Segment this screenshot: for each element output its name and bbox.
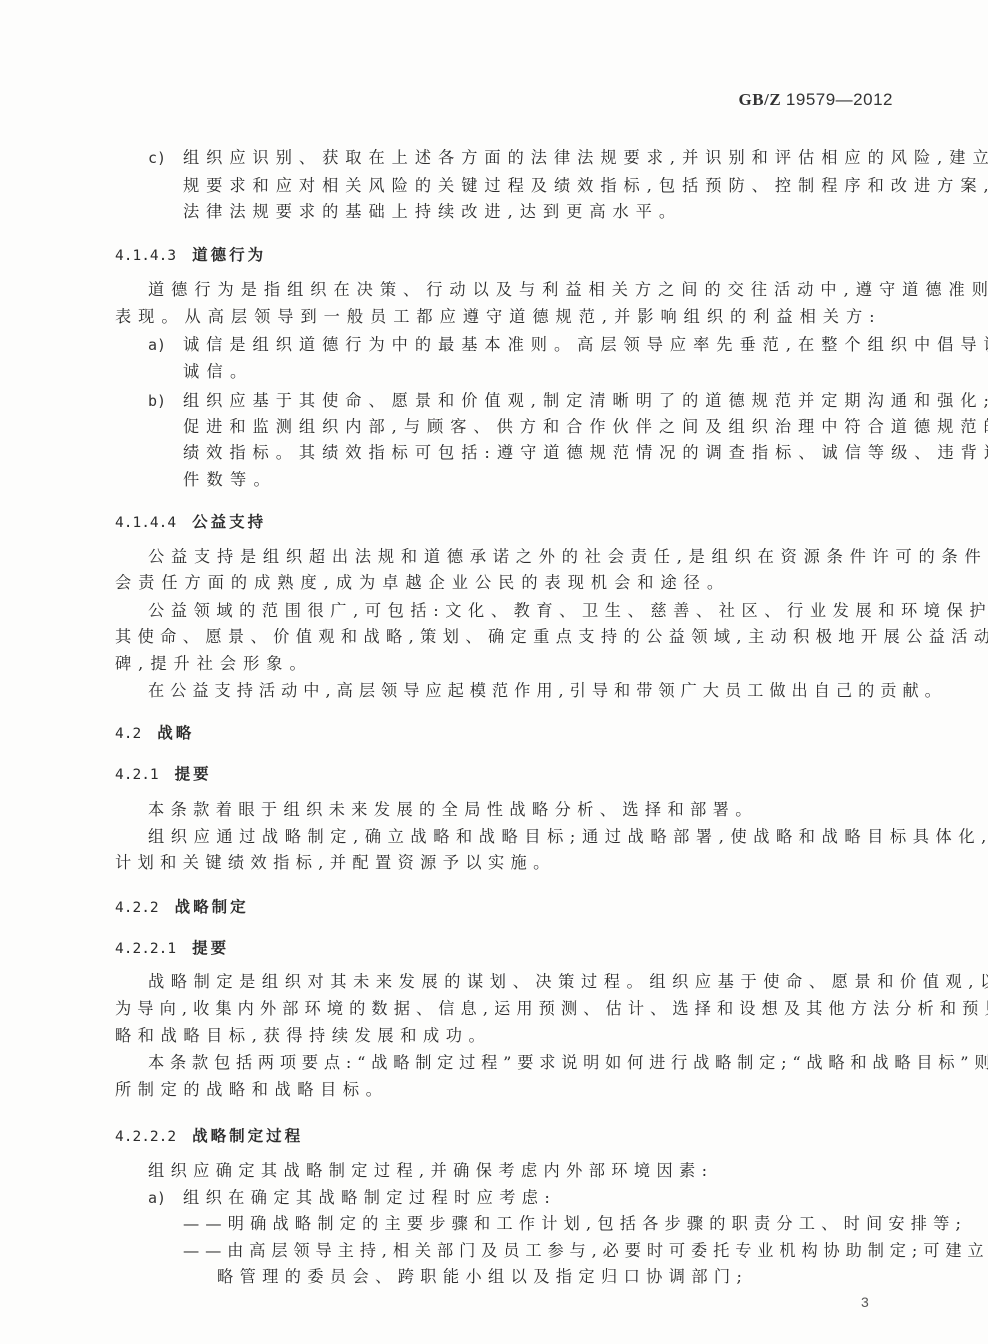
text-line: 道德行为是指组织在决策、行动以及与利益相关方之间的交往活动中,遵守道德准则和职业…	[148, 280, 988, 300]
list-marker-b: b)	[148, 391, 166, 411]
section-number: 4.2.2.1	[115, 941, 176, 957]
list-marker-c: c)	[148, 148, 166, 168]
text-line: 碑,提升社会形象。	[115, 654, 313, 674]
section-heading-4-2-2-1: 4.2.2.1提要	[115, 938, 229, 959]
text-line: 本条款包括两项要点:“战略制定过程”要求说明如何进行战略制定;“战略和战略目标”…	[148, 1053, 988, 1073]
section-heading-4-1-4-3: 4.1.4.3道德行为	[115, 245, 266, 266]
list-marker-a: a)	[148, 335, 166, 355]
text-line: 组织应确定其战略制定过程,并确保考虑内外部环境因素:	[148, 1161, 714, 1181]
text-line: 组织在确定其战略制定过程时应考虑:	[183, 1188, 556, 1208]
text-line: 表现。从高层领导到一般员工都应遵守道德规范,并影响组织的利益相关方:	[115, 307, 882, 327]
text-line: 其使命、愿景、价值观和战略,策划、确定重点支持的公益领域,主动积极地开展公益活动…	[115, 627, 988, 647]
section-heading-4-2: 4.2战略	[115, 723, 194, 744]
dash-item-continuation: 略管理的委员会、跨职能小组以及指定归口协调部门;	[217, 1267, 748, 1287]
list-marker-a: a)	[148, 1188, 166, 1208]
section-title: 公益支持	[192, 513, 266, 531]
text-line: 诚信是组织道德行为中的最基本准则。高层领导应率先垂范,在整个组织中倡导诚信、践行	[183, 335, 988, 355]
text-line: 战略制定是组织对其未来发展的谋划、决策过程。组织应基于使命、愿景和价值观,以顾客…	[148, 972, 988, 992]
section-title: 道德行为	[192, 246, 266, 264]
text-line: 所制定的战略和战略目标。	[115, 1080, 388, 1100]
text-line: 组织应基于其使命、愿景和价值观,制定清晰明了的道德规范并定期沟通和强化;应建立用…	[183, 391, 988, 411]
section-number: 4.2.2	[115, 900, 159, 916]
section-number: 4.2	[115, 726, 141, 742]
section-number: 4.1.4.4	[115, 515, 176, 531]
text-line: 公益支持是组织超出法规和道德承诺之外的社会责任,是组织在资源条件许可的条件下,提…	[148, 547, 988, 567]
text-line: 组织应通过战略制定,确立战略和战略目标;通过战略部署,使战略和战略目标具体化,转…	[148, 827, 988, 847]
text-line: 在公益支持活动中,高层领导应起模范作用,引导和带领广大员工做出自己的贡献。	[148, 681, 947, 701]
text-line: 促进和监测组织内部,与顾客、供方和合作伙伴之间及组织治理中符合道德规范的关键过程…	[183, 417, 988, 437]
text-line: 规要求和应对相关风险的关键过程及绩效指标,包括预防、控制程序和改进方案,在确保满…	[183, 176, 988, 196]
dash-item: ——由高层领导主持,相关部门及员工参与,必要时可委托专业机构协助制定;可建立负责…	[183, 1241, 988, 1261]
text-line: 诚信。	[183, 362, 253, 382]
section-number: 4.1.4.3	[115, 248, 176, 264]
section-heading-4-2-1: 4.2.1提要	[115, 764, 212, 785]
section-title: 提要	[192, 939, 229, 957]
section-title: 战略制定过程	[192, 1127, 303, 1145]
section-number: 4.2.1	[115, 767, 159, 783]
text-line: 计划和关键绩效指标,并配置资源予以实施。	[115, 853, 556, 873]
section-title: 战略制定	[175, 898, 249, 916]
section-heading-4-1-4-4: 4.1.4.4公益支持	[115, 512, 266, 533]
section-heading-4-2-2-2: 4.2.2.2战略制定过程	[115, 1126, 303, 1147]
standard-code-prefix: GB/Z	[739, 90, 782, 109]
text-line: 公益领域的范围很广,可包括:文化、教育、卫生、慈善、社区、行业发展和环境保护等。…	[148, 601, 988, 621]
text-line: 略和战略目标,获得持续发展和成功。	[115, 1026, 491, 1046]
text-line: 为导向,收集内外部环境的数据、信息,运用预测、估计、选择和设想及其他方法分析和预…	[115, 999, 988, 1019]
section-title: 提要	[175, 765, 212, 783]
text-line: 法律法规要求的基础上持续改进,达到更高水平。	[183, 202, 682, 222]
text-line: 件数等。	[183, 470, 277, 490]
page-header: GB/Z 19579—2012	[739, 90, 893, 110]
text-line: 本条款着眼于组织未来发展的全局性战略分析、选择和部署。	[148, 800, 758, 820]
page-number: 3	[861, 1294, 869, 1310]
section-title: 战略	[157, 724, 194, 742]
standard-code-number: 19579—2012	[786, 90, 893, 109]
text-line: 绩效指标。其绩效指标可包括:遵守道德规范情况的调查指标、诚信等级、违背道德规范的…	[183, 443, 988, 463]
text-line: 组织应识别、获取在上述各方面的法律法规要求,并识别和评估相应的风险,建立遵循法律…	[183, 148, 988, 168]
section-number: 4.2.2.2	[115, 1129, 176, 1145]
section-heading-4-2-2: 4.2.2战略制定	[115, 897, 249, 918]
text-line: 会责任方面的成熟度,成为卓越企业公民的表现机会和途径。	[115, 573, 730, 593]
dash-item: ——明确战略制定的主要步骤和工作计划,包括各步骤的职责分工、时间安排等;	[183, 1214, 967, 1234]
